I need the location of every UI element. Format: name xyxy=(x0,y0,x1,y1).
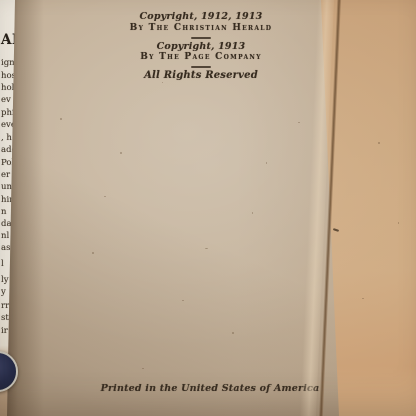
holder-line-1: By The Christian Herald xyxy=(118,23,284,35)
left-page-fragment: y xyxy=(1,288,6,297)
divider-rule xyxy=(191,66,211,68)
left-page-fragment: nl xyxy=(1,232,9,241)
left-page-fragment: er xyxy=(1,171,10,180)
paper-speck xyxy=(205,248,208,249)
paper-speck xyxy=(182,300,184,301)
rights-line: All Rights Reserved xyxy=(118,70,284,82)
left-page-fragment: hol xyxy=(1,84,14,93)
paper-speck xyxy=(162,82,163,83)
paper-speck xyxy=(60,118,62,120)
paper-speck xyxy=(104,196,106,197)
paper-speck xyxy=(398,222,399,224)
book-photo: ANignshosholevphileve, hadePolerunhirnda… xyxy=(0,0,416,416)
left-page-fragment: l xyxy=(1,260,4,269)
paper-speck xyxy=(232,332,234,334)
left-page-fragment: n xyxy=(1,208,6,217)
left-page-fragment: rr xyxy=(1,302,9,311)
paper-speck xyxy=(298,122,300,123)
holder-line-2: By The Page Company xyxy=(118,52,284,64)
left-page-fragment: , h xyxy=(1,134,12,143)
left-page-fragment: st xyxy=(1,314,9,323)
copyright-line-1: Copyright, 1912, 1913 xyxy=(118,11,284,23)
divider-rule xyxy=(191,37,211,39)
left-page-fragment: un xyxy=(1,183,12,192)
copyright-block: Copyright, 1912, 1913 By The Christian H… xyxy=(118,11,284,82)
copyright-line-2: Copyright, 1913 xyxy=(118,41,284,53)
paper-speck xyxy=(120,152,122,154)
left-page-fragment: ir xyxy=(1,327,8,336)
paper-speck xyxy=(252,212,253,214)
left-page-fragment: ev xyxy=(1,96,11,105)
paper-speck xyxy=(378,142,380,144)
left-page-fragment: ly xyxy=(1,276,9,285)
paper-speck xyxy=(362,298,364,299)
paper-speck xyxy=(266,162,267,164)
paper-speck xyxy=(142,368,144,369)
left-page-fragment: as xyxy=(1,244,10,253)
paper-speck xyxy=(92,252,94,254)
